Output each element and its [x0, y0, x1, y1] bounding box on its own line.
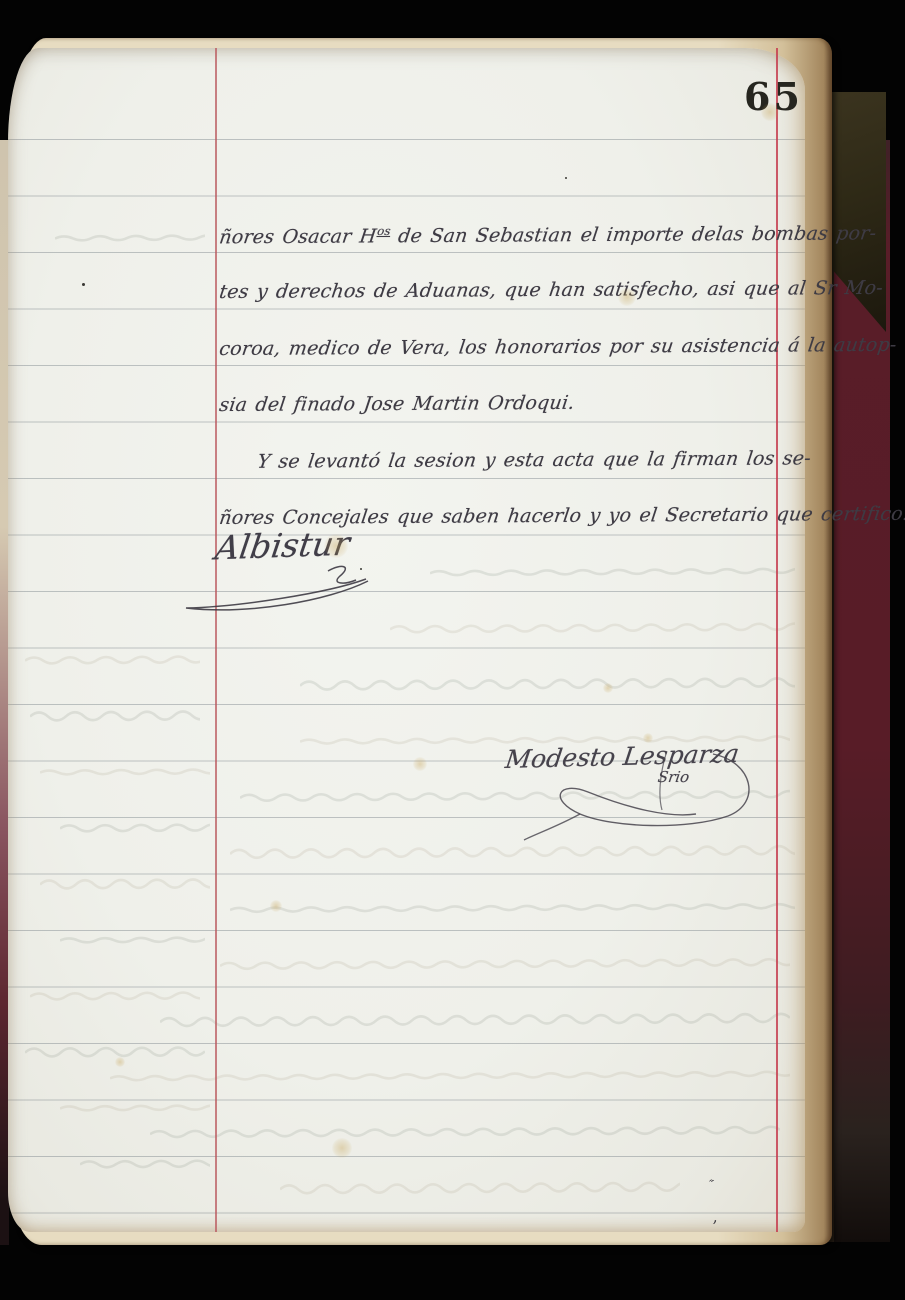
bleedthrough-squiggle: [60, 1098, 210, 1121]
foxing-stain: [761, 103, 779, 121]
manuscript-text: tes y derechos de Aduanas, que han satis…: [218, 277, 884, 303]
bleedthrough-squiggle: [390, 616, 795, 645]
foxing-stain: [270, 900, 282, 912]
bleedthrough-squiggle: [25, 648, 200, 675]
bleedthrough-squiggle: [60, 816, 210, 843]
bleedthrough-squiggle: [300, 669, 795, 702]
signature-secretary-title: Srio: [657, 768, 691, 786]
bleedthrough-squiggle: [80, 1153, 210, 1180]
manuscript-text: ñores Osacar H: [218, 225, 378, 248]
bleedthrough-squiggle: [110, 1065, 790, 1092]
red-margin-line-left: [215, 48, 217, 1232]
foxing-stain: [115, 1057, 125, 1067]
manuscript-text: coroa, medico de Vera, los honorarios po…: [218, 334, 898, 360]
manuscript-line: tes y derechos de Aduanas, que han satis…: [218, 277, 806, 303]
foxing-stain: [618, 288, 636, 306]
foxing-stain: [332, 1138, 352, 1158]
foxing-stain: [413, 757, 427, 771]
manuscript-line: coroa, medico de Vera, los honorarios po…: [218, 334, 806, 360]
bleedthrough-squiggle: [240, 783, 790, 813]
bleedthrough-squiggle: [30, 984, 200, 1011]
bleedthrough-squiggle: [40, 870, 210, 901]
manuscript-text: Y se levantó la sesion y esta acta que l…: [218, 447, 812, 473]
manuscript-line: Y se levantó la sesion y esta acta que l…: [218, 447, 806, 473]
bleedthrough-squiggle: [230, 897, 795, 923]
manuscript-text: sia del finado Jose Martin Ordoqui.: [218, 392, 576, 416]
ink-speck: [360, 568, 362, 570]
ink-speck: [82, 283, 85, 286]
manuscript-text: de San Sebastian el importe delas bombas…: [389, 222, 878, 247]
bleedthrough-squiggle: [150, 1119, 780, 1149]
bleedthrough-squiggle: [230, 837, 795, 871]
manuscript-line: ñores Osacar Hos de San Sebastian el imp…: [218, 221, 807, 248]
foxing-stain: [643, 733, 653, 743]
bleedthrough-squiggle: [55, 228, 205, 251]
bleedthrough-squiggle: [160, 1005, 790, 1039]
bleedthrough-squiggle: [30, 702, 200, 733]
bleedthrough-squiggle: [280, 1174, 680, 1207]
foxing-stain: [324, 534, 348, 558]
foxing-stain: [603, 683, 613, 693]
manuscript-line: sia del finado Jose Martin Ordoqui.: [218, 390, 806, 416]
ink-speck: [565, 177, 567, 179]
bleedthrough-squiggle: [40, 762, 210, 785]
bleedthrough-squiggle: [430, 562, 795, 587]
bleedthrough-squiggle: [220, 951, 790, 981]
book-photograph: 65 ñores Osacar Hos de San Sebastian el …: [0, 0, 905, 1300]
bleedthrough-squiggle: [60, 930, 205, 953]
manuscript-page: 65 ñores Osacar Hos de San Sebastian el …: [8, 48, 805, 1232]
signature-secretary: Modesto Lesparza: [504, 739, 741, 774]
